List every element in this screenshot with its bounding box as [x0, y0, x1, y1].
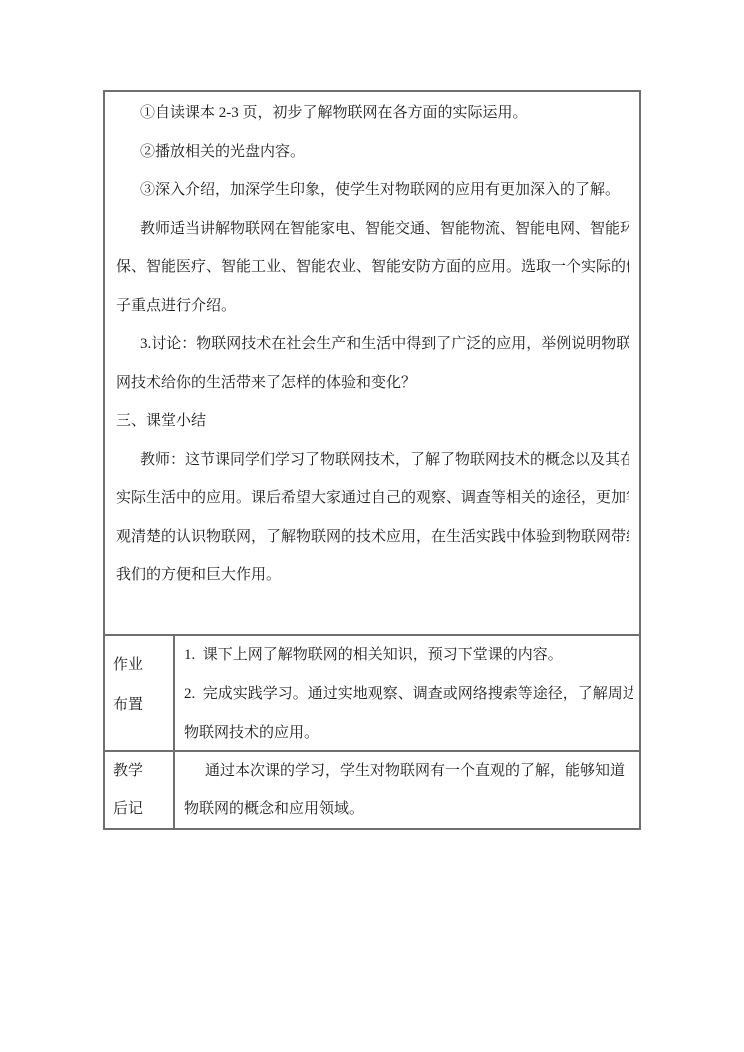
text-line: ②播放相关的光盘内容。: [116, 133, 629, 172]
section-heading-class-summary: 三、课堂小结: [116, 402, 629, 441]
text-line: 网技术给你的生活带来了怎样的体验和变化？: [116, 364, 629, 403]
text-line: 教师：这节课同学们学习了物联网技术，了解了物联网技术的概念以及其在: [116, 441, 629, 480]
teaching-notes-text: 物联网的概念和应用领域。: [184, 790, 633, 828]
text-line: 子重点进行介绍。: [116, 287, 629, 326]
homework-row: 作业 布置 1. 课下上网了解物联网的相关知识，预习下堂课的内容。 2. 完成实…: [105, 636, 639, 752]
homework-label-line: 作业: [113, 645, 173, 685]
homework-item: 2. 完成实践学习。通过实地观察、调查或网络搜索等途径，了解周边: [184, 675, 633, 714]
homework-item-continuation: 物联网技术的应用。: [184, 714, 633, 750]
teaching-process-cell: ①自读课本 2-3 页，初步了解物联网在各方面的实际运用。 ②播放相关的光盘内容…: [105, 92, 639, 636]
text-line: 观清楚的认识物联网，了解物联网的技术应用，在生活实践中体验到物联网带给: [116, 518, 629, 557]
document-page: ①自读课本 2-3 页，初步了解物联网在各方面的实际运用。 ②播放相关的光盘内容…: [0, 0, 744, 1052]
homework-label-line: 布置: [113, 685, 173, 725]
text-line: 我们的方便和巨大作用。: [116, 556, 629, 595]
teaching-notes-label-line: 后记: [113, 790, 173, 828]
teaching-notes-label-cell: 教学 后记: [105, 752, 175, 828]
homework-content-cell: 1. 课下上网了解物联网的相关知识，预习下堂课的内容。 2. 完成实践学习。通过…: [175, 636, 639, 750]
teaching-notes-row: 教学 后记 通过本次课的学习，学生对物联网有一个直观的了解，能够知道 物联网的概…: [105, 752, 639, 828]
homework-item: 1. 课下上网了解物联网的相关知识，预习下堂课的内容。: [184, 636, 633, 675]
teaching-notes-text: 通过本次课的学习，学生对物联网有一个直观的了解，能够知道: [184, 752, 633, 790]
text-line: 实际生活中的应用。课后希望大家通过自己的观察、调查等相关的途径，更加客: [116, 479, 629, 518]
text-line: ③深入介绍，加深学生印象，使学生对物联网的应用有更加深入的了解。: [116, 171, 629, 210]
text-line: 教师适当讲解物联网在智能家电、智能交通、智能物流、智能电网、智能环: [116, 210, 629, 249]
teaching-notes-content-cell: 通过本次课的学习，学生对物联网有一个直观的了解，能够知道 物联网的概念和应用领域…: [175, 752, 639, 828]
homework-label-cell: 作业 布置: [105, 636, 175, 750]
text-line: ①自读课本 2-3 页，初步了解物联网在各方面的实际运用。: [116, 94, 629, 133]
lesson-plan-table: ①自读课本 2-3 页，初步了解物联网在各方面的实际运用。 ②播放相关的光盘内容…: [103, 90, 641, 830]
text-line: 3.讨论：物联网技术在社会生产和生活中得到了广泛的应用，举例说明物联: [116, 325, 629, 364]
text-line: 保、智能医疗、智能工业、智能农业、智能安防方面的应用。选取一个实际的例: [116, 248, 629, 287]
teaching-notes-label-line: 教学: [113, 752, 173, 790]
